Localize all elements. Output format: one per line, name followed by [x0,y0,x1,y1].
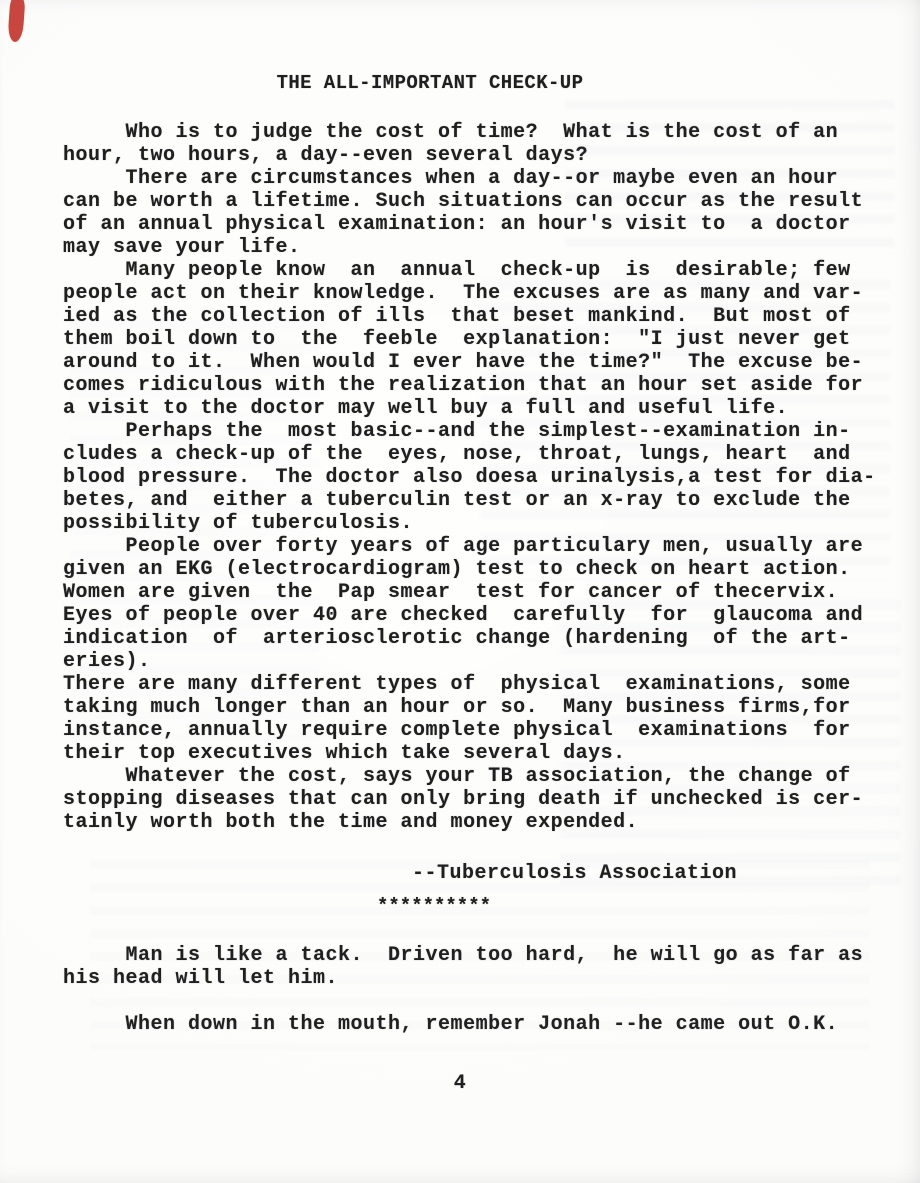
attribution-signature: --Tuberculosis Association [0,862,920,885]
humor-quote: When down in the mouth, remember Jonah -… [0,1013,920,1036]
document-title: THE ALL-IMPORTANT CHECK-UP [0,0,860,95]
paragraph: Perhaps the most basic--and the simplest… [63,420,920,535]
scanned-document-page: THE ALL-IMPORTANT CHECK-UP Who is to jud… [0,0,920,1183]
paragraph: Whatever the cost, says your TB associat… [63,765,920,834]
page-number: 4 [0,1072,920,1095]
paragraph: People over forty years of age particula… [63,535,920,673]
document-body: Who is to judge the cost of time? What i… [0,121,920,834]
humor-quote: Man is like a tack. Driven too hard, he … [0,944,920,990]
paragraph: Who is to judge the cost of time? What i… [63,121,920,167]
paragraph: Many people know an annual check-up is d… [63,259,920,420]
paragraph: There are many different types of physic… [63,673,920,765]
paragraph: There are circumstances when a day--or m… [63,167,920,259]
asterisk-separator: ********** [0,895,868,918]
